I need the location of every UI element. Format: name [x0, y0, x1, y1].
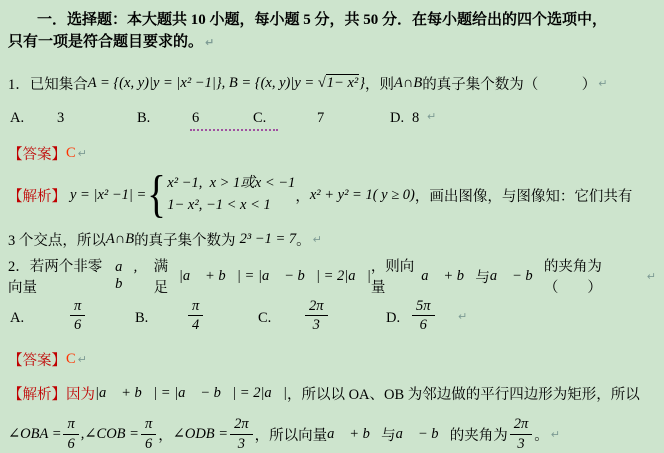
q1-lead: 1．已知集合	[8, 73, 88, 94]
q1-conclusion-end: 。	[296, 229, 311, 250]
fraction-denominator: 3	[305, 316, 328, 334]
fraction-denominator: 6	[141, 435, 156, 453]
q2-option-b-value: π 4	[188, 297, 203, 334]
q2-tail: 的夹角为（ ）	[544, 255, 645, 297]
q1-sqrt: √1− x²	[318, 75, 359, 92]
q1-option-a-value: 3	[57, 110, 64, 127]
q1-answer-value: C	[66, 145, 76, 162]
q2-option-c-value: 2π 3	[305, 297, 328, 334]
fraction-numerator: π	[70, 297, 85, 316]
q2-option-c-label: C.	[258, 310, 271, 327]
paragraph-mark-icon: ↵	[458, 310, 467, 323]
section-header-line1: 一．选择题：本大题共 10 小题，每小题 5 分，共 50 分．在每小题给出的四…	[8, 9, 656, 31]
section-header-line2: 只有一项是符合题目要求的。↵	[8, 31, 656, 54]
q1-intersection: A∩B	[394, 75, 422, 92]
q1-options-row: A. 3 B. 6 C. 7 D. 8 ↵	[8, 109, 656, 134]
fraction-numerator: 2π	[305, 297, 328, 316]
q2-conclusion-angle-value: 2π 3	[510, 415, 533, 452]
piecewise-cases: x² −1, x > 1或x < −1 1− x², −1 < x < 1	[167, 173, 295, 217]
document-page: 一．选择题：本大题共 10 小题，每小题 5 分，共 50 分．在每小题给出的四…	[0, 0, 664, 453]
q2-option-a-value: π 6	[70, 297, 85, 334]
piecewise-case-2: 1− x², −1 < x < 1	[167, 195, 295, 217]
q1-set-formula: A = {(x, y)|y = |x² −1|}, B = {(x, y)|y …	[88, 75, 318, 92]
q2-vector-diff: a⃗ − b⃗	[490, 268, 544, 285]
q1-option-c-value: 7	[317, 110, 324, 127]
comma: ，	[158, 424, 173, 445]
q1-analysis-line2: 3 个交点，所以 A∩B 的真子集个数为 2³ −1 = 7 。 ↵	[8, 227, 656, 251]
q2-answer-value: C	[66, 351, 76, 368]
fraction-denominator: 4	[188, 316, 203, 334]
fraction-denominator: 6	[70, 316, 85, 334]
radicand: 1− x²	[326, 74, 359, 91]
q2-analysis-eq: |a⃗ + b⃗| = |a⃗ − b⃗| = 2|a⃗|	[95, 385, 287, 402]
analysis-label: 【解析】	[8, 383, 66, 404]
q1-analysis-punct: ，	[295, 185, 310, 206]
paragraph-mark-icon: ↵	[427, 110, 436, 123]
q2-mid3: 与	[475, 266, 490, 287]
q2-lead: 2．若两个非零向量	[8, 255, 115, 297]
period: 。	[534, 424, 549, 445]
fraction-numerator: 5π	[412, 297, 435, 316]
q1-tail: 的真子集个数为（ ）	[422, 73, 596, 94]
q2-conclusion-diff: a⃗ − b⃗	[396, 426, 450, 443]
fraction-denominator: 3	[510, 435, 533, 453]
q2-conclusion-lead: 所以向量	[269, 424, 327, 445]
paragraph-mark-icon: ↵	[551, 428, 560, 441]
q1-option-b-value: 6	[192, 110, 199, 127]
fraction-numerator: π	[188, 297, 203, 316]
q1-option-a-label: A.	[10, 110, 24, 127]
dotted-underline	[190, 129, 278, 131]
q1-option-d-label: D.	[390, 110, 404, 127]
analysis-label: 【解析】	[8, 185, 66, 206]
fraction-denominator: 6	[63, 435, 78, 453]
angle-oba: ∠OBA =	[8, 426, 61, 443]
q2-option-d-value: 5π 6	[412, 297, 435, 334]
radical-sign: √	[318, 75, 326, 91]
q2-conclusion-mid: 与	[381, 424, 396, 445]
q2-mid1: 满足	[154, 255, 179, 297]
question-2-stem: 2．若两个非零向量 a⃗, b⃗ 满足 |a⃗ + b⃗| = |a⃗ − b⃗…	[8, 259, 656, 293]
fraction-numerator: 2π	[510, 415, 533, 434]
angle-oba-value: π 6	[63, 415, 78, 452]
q1-option-d-value: 8	[412, 110, 419, 127]
paragraph-mark-icon: ↵	[313, 233, 322, 246]
angle-cob: ∠COB =	[84, 426, 139, 443]
q1-answer-line: 【答案】 C ↵	[8, 143, 656, 164]
q2-analysis-line1: 【解析】 因为 |a⃗ + b⃗| = |a⃗ − b⃗| = 2|a⃗| ，所…	[8, 377, 656, 409]
piecewise-brace: {	[147, 169, 166, 221]
answer-label: 【答案】	[8, 349, 66, 370]
q2-analysis-because: 因为	[66, 383, 95, 404]
answer-label: 【答案】	[8, 143, 66, 164]
q1-conclusion-mid: 的真子集个数为	[134, 229, 236, 250]
header-text-2: 只有一项是符合题目要求的。	[8, 34, 203, 50]
paragraph-mark-icon: ↵	[78, 147, 87, 160]
angle-odb: ∠ODB =	[173, 426, 228, 443]
q1-option-c-label: C.	[253, 110, 266, 127]
q1-conclusion-intersection: A∩B	[106, 231, 134, 248]
q1-option-b-label: B.	[137, 110, 150, 127]
q2-option-a-label: A.	[10, 310, 24, 327]
q1-analysis-eq: y = |x² −1| =	[70, 187, 146, 204]
paragraph-mark-icon: ↵	[598, 77, 607, 90]
q2-vector-sum: a⃗ + b⃗	[421, 268, 475, 285]
question-1-stem: 1．已知集合 A = {(x, y)|y = |x² −1|}, B = {(x…	[8, 66, 656, 100]
fraction-denominator: 6	[412, 316, 435, 334]
q1-analysis-line1: 【解析】 y = |x² −1| = { x² −1, x > 1或x < −1…	[8, 166, 656, 224]
q2-option-b-label: B.	[135, 310, 148, 327]
q2-conclusion-tail: 的夹角为	[450, 424, 508, 445]
q2-options-row: A. π 6 B. π 4 C. 2π 3 D. 5π 6 ↵	[8, 295, 656, 345]
fraction-numerator: 2π	[230, 415, 253, 434]
q1-mid: ，则	[365, 73, 394, 94]
comma: ，	[255, 424, 270, 445]
fraction-numerator: π	[63, 415, 78, 434]
q2-analysis-tail: ，所以以 OA、OB 为邻边做的平行四边形为矩形，所以	[287, 383, 640, 404]
fraction-denominator: 3	[230, 435, 253, 453]
q2-answer-line: 【答案】 C ↵	[8, 349, 656, 370]
q2-mid2: ，则向量	[371, 255, 421, 297]
q1-analysis-tail: ，画出图像，与图像知：它们共有	[415, 185, 633, 206]
q2-option-d-label: D.	[386, 310, 400, 327]
q2-analysis-line2: ∠OBA = π 6 , ∠COB = π 6 ， ∠ODB = 2π 3 ， …	[8, 410, 656, 453]
q2-vectors: a⃗, b⃗	[115, 259, 154, 293]
q2-vector-eq: |a⃗ + b⃗| = |a⃗ − b⃗| = 2|a⃗|	[179, 268, 371, 285]
q1-conclusion-lead: 3 个交点，所以	[8, 229, 106, 250]
paragraph-mark-icon: ↵	[647, 270, 656, 283]
piecewise-case-1: x² −1, x > 1或x < −1	[167, 173, 295, 195]
paragraph-mark-icon: ↵	[205, 36, 214, 49]
angle-cob-value: π 6	[141, 415, 156, 452]
paragraph-mark-icon: ↵	[78, 353, 87, 366]
q1-conclusion-count: 2³ −1 = 7	[240, 231, 297, 248]
q1-analysis-circle-eq: x² + y² = 1( y ≥ 0)	[310, 187, 415, 204]
fraction-numerator: π	[141, 415, 156, 434]
header-text-1: 一．选择题：本大题共 10 小题，每小题 5 分，共 50 分．在每小题给出的四…	[37, 12, 607, 28]
q2-conclusion-sum: a⃗ + b⃗	[327, 426, 381, 443]
angle-odb-value: 2π 3	[230, 415, 253, 452]
